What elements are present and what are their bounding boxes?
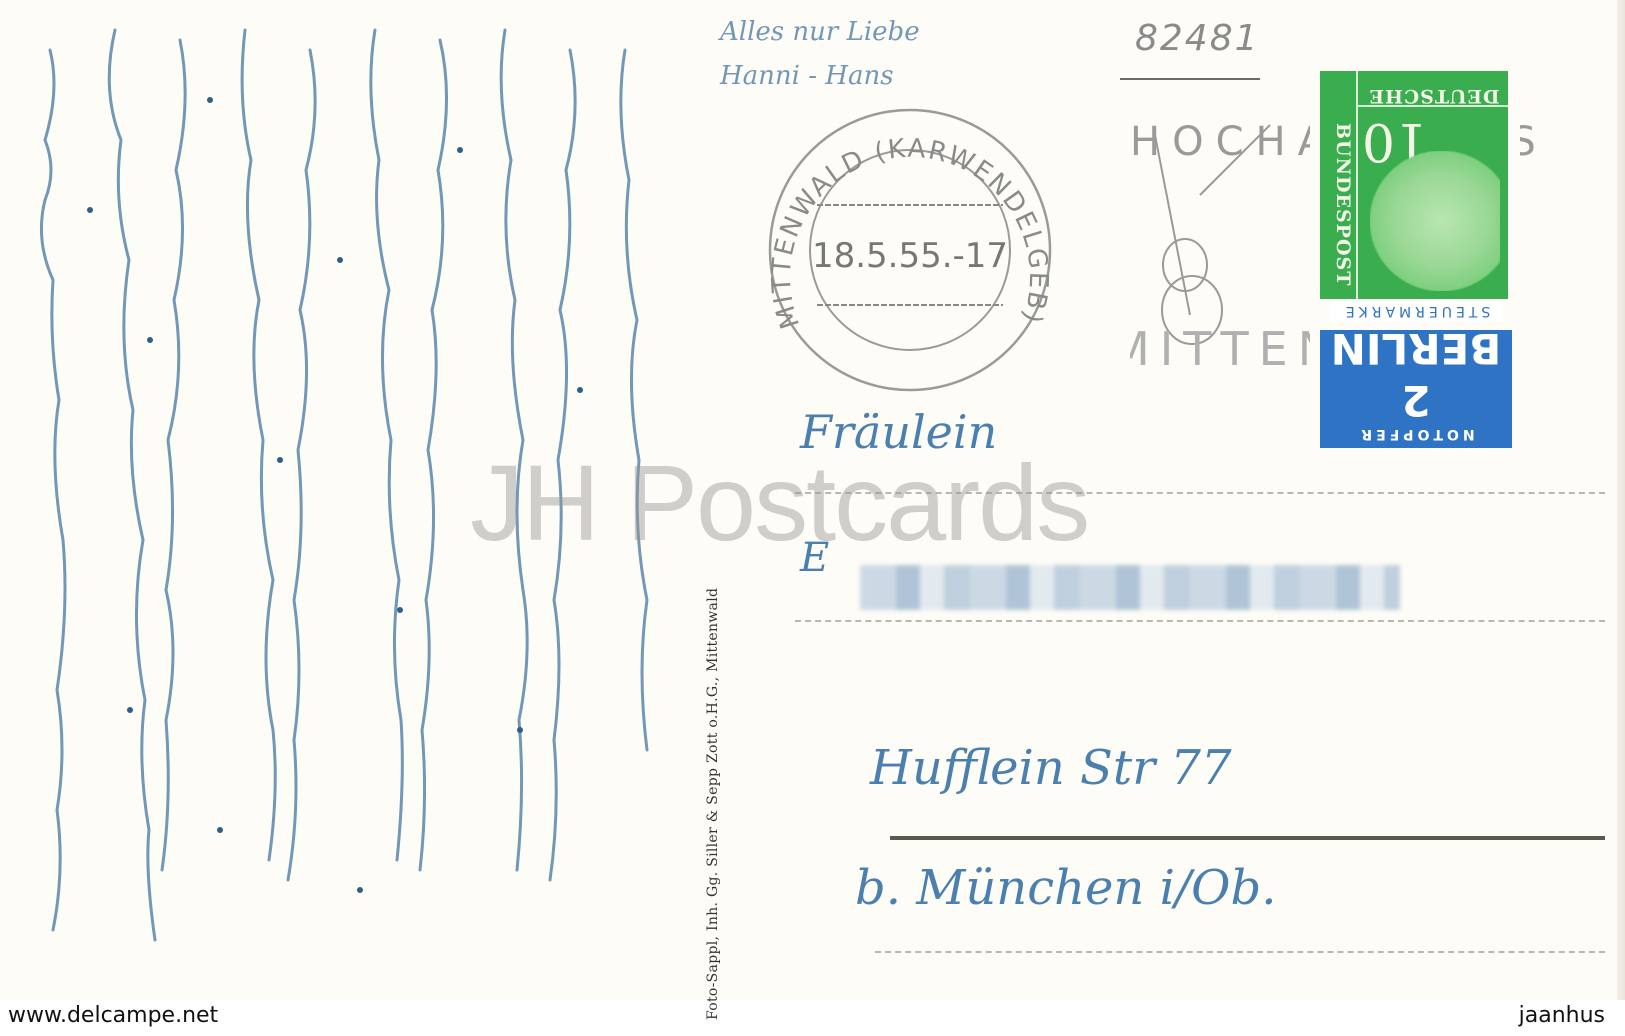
divider — [1120, 78, 1260, 80]
notopfer-stamp: NOTOPFER 2 BERLIN STEUERMARKE — [1310, 322, 1522, 462]
stamp-bottom-text: STEUERMARKE — [1330, 300, 1502, 322]
stamp-country: DEUTSCHE — [1364, 77, 1504, 107]
seller-name: jaanhus — [1519, 1003, 1605, 1028]
watermark: JH Postcards — [470, 440, 1170, 560]
postmark-town: MITTENWALD (KARWENDELGEB) — [767, 134, 1054, 333]
stamp-main-text: 2 BERLIN — [1320, 322, 1512, 426]
postmark: MITTENWALD (KARWENDELGEB) 18.5.55.-17 — [755, 95, 1065, 405]
address-rule-solid — [890, 836, 1605, 840]
postmark-date: 18.5.55.-17 — [812, 236, 1008, 276]
reference-number: 82481 — [1135, 18, 1260, 59]
address-line-3: Hufflein Str 77 — [870, 740, 1231, 796]
address-line-4: b. München i/Ob. — [855, 860, 1276, 916]
stamp-top-text: NOTOPFER — [1320, 426, 1512, 448]
postage-stamp-10: DEUTSCHE 10 BUNDESPOST — [1310, 55, 1520, 305]
source-site: www.delcampe.net — [8, 1003, 218, 1028]
portrait-icon — [1370, 151, 1500, 291]
svg-text:MITTENWALD (KARWENDELGEB): MITTENWALD (KARWENDELGEB) — [767, 134, 1054, 333]
greeting-line: Alles nur Liebe — [720, 10, 1120, 54]
redacted-name — [860, 565, 1400, 610]
postcard-back: Foto-Sappl, Inh. Gg. Siller & Sepp Zott … — [0, 0, 1625, 1000]
stamp-issuer: BUNDESPOST — [1326, 115, 1354, 295]
greeting-line: Hanni - Hans — [720, 54, 1120, 98]
address-rule — [795, 620, 1605, 622]
address-rule — [875, 951, 1605, 953]
